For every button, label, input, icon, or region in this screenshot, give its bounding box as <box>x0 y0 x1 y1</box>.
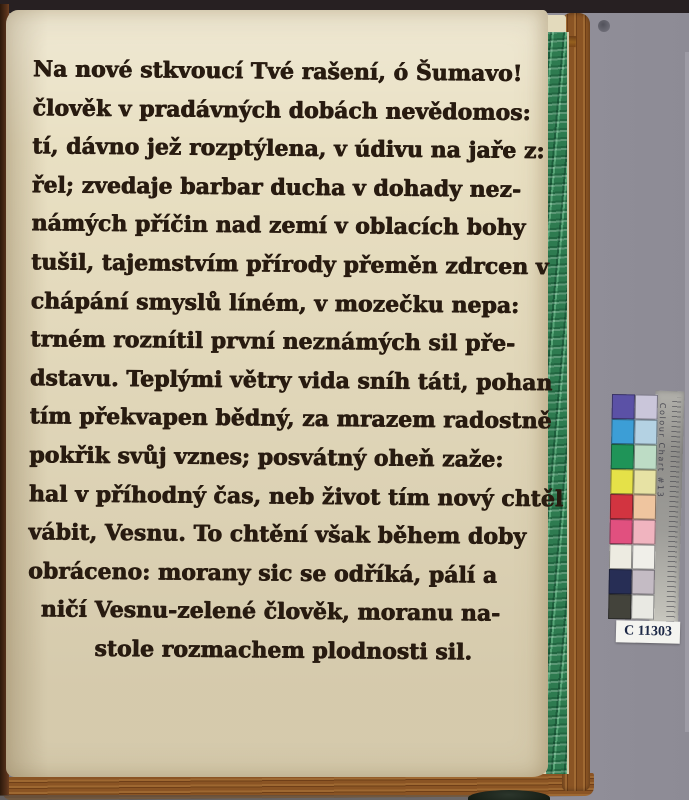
color-chart-row <box>610 494 656 520</box>
book-clamp <box>468 790 550 800</box>
color-patch <box>634 444 657 469</box>
text-line: ničí Vesnu-zelené člověk, moranu na- <box>40 590 529 633</box>
board-edge-highlight <box>685 52 689 732</box>
text-line: člověk v pradávných dobách nevědomos: <box>32 89 534 132</box>
color-patch <box>633 469 656 494</box>
text-line: řel; zvedaje barbar ducha v dohady nez- <box>32 166 534 209</box>
color-chart-patches <box>608 394 658 620</box>
color-patch <box>609 544 632 569</box>
color-chart-row <box>611 419 657 445</box>
text-line: trném roznítil první neznámých sil pře- <box>30 320 532 363</box>
color-patch <box>610 469 633 494</box>
text-line: chápání smyslů líném, v mozečku nepa: <box>30 282 532 325</box>
text-line: dstavu. Teplými větry vida sníh táti, po… <box>30 359 532 402</box>
color-chart-row <box>608 594 654 620</box>
color-patch <box>632 569 655 594</box>
color-patch <box>633 494 656 519</box>
color-patch <box>632 544 655 569</box>
text-line: tí, dávno jež rozptýlena, v údivu na jař… <box>32 127 534 170</box>
color-patch <box>631 594 654 619</box>
text-line: Na nové stkvoucí Tvé rašení, ó Šumavo! <box>33 50 535 93</box>
color-patch <box>634 419 657 444</box>
text-line: obráceno: morany sic se odříká, pálí a <box>28 552 530 595</box>
photo-stage: Na nové stkvoucí Tvé rašení, ó Šumavo!čl… <box>0 0 689 800</box>
text-line: námých příčin nad zemí v oblacích bohy <box>31 204 533 247</box>
id-sticker: C 11303 <box>616 620 681 644</box>
text-block: Na nové stkvoucí Tvé rašení, ó Šumavo!čl… <box>27 50 535 672</box>
book: Na nové stkvoucí Tvé rašení, ó Šumavo!čl… <box>0 0 640 800</box>
text-line: hal v příhodný čas, neb život tím nový c… <box>29 475 531 518</box>
ruler-ticks <box>666 397 682 637</box>
color-patch <box>609 519 632 544</box>
color-chart-row <box>609 544 655 570</box>
text-line: stole rozmachem plodnosti sil. <box>94 630 529 673</box>
color-chart-row <box>610 469 656 495</box>
text-line: vábit, Vesnu. To chtění však během doby <box>28 513 530 556</box>
color-chart-row <box>611 444 657 470</box>
color-chart-row <box>609 569 655 595</box>
text-line: pokřik svůj vznes; posvátný oheň zaže: <box>29 436 531 479</box>
color-patch <box>632 519 655 544</box>
color-patch <box>610 494 633 519</box>
color-patch <box>608 594 631 619</box>
color-chart-row <box>609 519 655 545</box>
id-sticker-text: C 11303 <box>624 623 672 640</box>
bottom-shadow <box>0 795 470 800</box>
color-patch <box>609 569 632 594</box>
text-line: tím překvapen bědný, za mrazem radostně <box>29 397 531 440</box>
color-patch <box>611 444 634 469</box>
color-patch <box>612 394 635 419</box>
color-patch <box>635 394 658 419</box>
text-line: tušil, tajemstvím přírody přeměn zdrcen … <box>31 243 533 286</box>
color-chart-row <box>612 394 658 420</box>
color-patch <box>611 419 634 444</box>
